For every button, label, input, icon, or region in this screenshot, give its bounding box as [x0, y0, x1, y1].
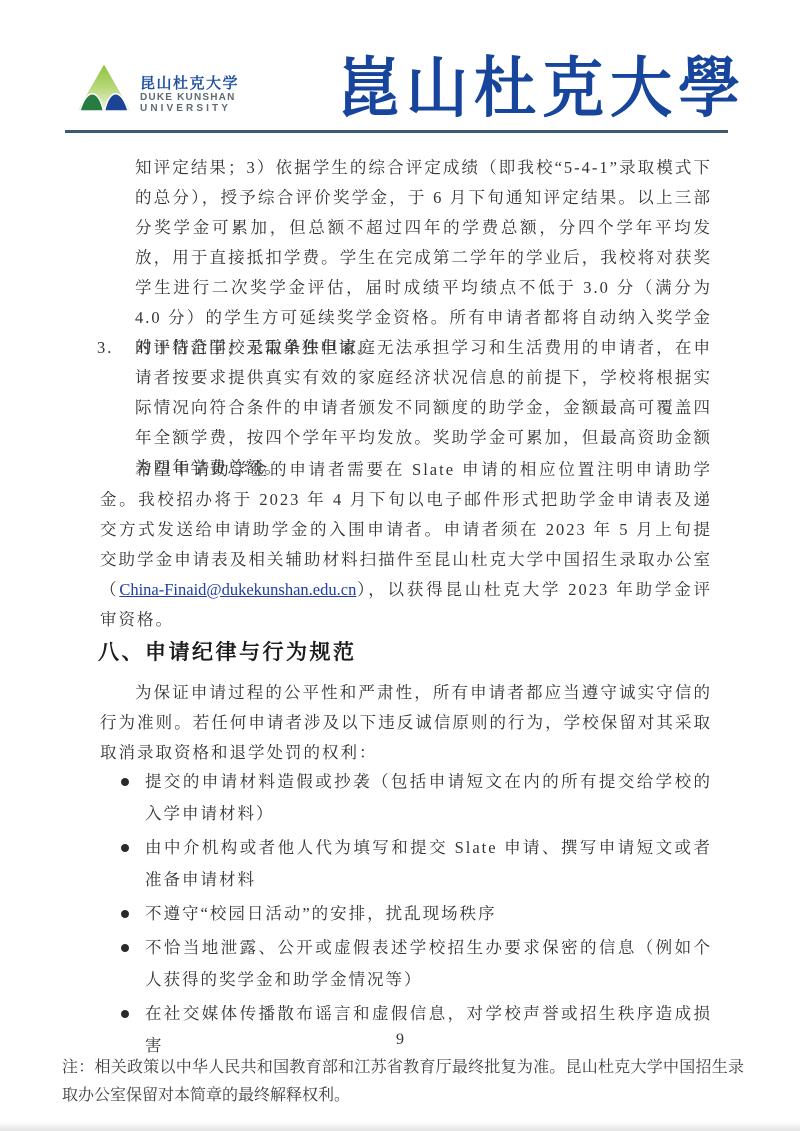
list-item: 由中介机构或者他人代为填写和提交 Slate 申请、撰写申请短文或者准备申请材料	[145, 832, 712, 896]
paragraph-finaid-application: 希望申请助学金的申请者需要在 Slate 申请的相应位置注明申请助学金。我校招办…	[100, 455, 712, 635]
header-divider	[65, 130, 728, 133]
document-page: 昆山杜克大学 DUKE KUNSHAN UNIVERSITY 崑山杜克大學 知评…	[0, 0, 800, 1131]
email-link[interactable]: China-Finaid@dukekunshan.edu.cn	[119, 580, 356, 599]
bullet-icon	[121, 944, 129, 952]
list-item: 不遵守“校园日活动”的安排，扰乱现场秩序	[145, 898, 712, 930]
list-number-3: 3.	[97, 333, 127, 363]
list-item-text: 不恰当地泄露、公开或虚假表述学校招生办要求保密的信息（例如个人获得的奖学金和助学…	[145, 938, 712, 989]
scan-edge-shading	[0, 1122, 800, 1131]
page-number: 9	[0, 1031, 800, 1049]
list-item: 提交的申请材料造假或抄袭（包括申请短文在内的所有提交给学校的入学申请材料）	[145, 766, 712, 830]
section-heading: 八、申请纪律与行为规范	[98, 637, 357, 667]
logo-en-line2: UNIVERSITY	[140, 103, 239, 114]
logo-text-block: 昆山杜克大学 DUKE KUNSHAN UNIVERSITY	[140, 60, 239, 114]
calligraphy-title: 崑山杜克大學	[338, 36, 746, 129]
list-item-text: 提交的申请材料造假或抄袭（包括申请短文在内的所有提交给学校的入学申请材料）	[145, 772, 712, 823]
paragraph-scholarship-continuation: 知评定结果；3）依据学生的综合评定成绩（即我校“5-4-1”录取模式下的总分），…	[135, 153, 712, 363]
list-item: 在社交媒体传播散布谣言和虚假信息，对学校声誉或招生秩序造成损害	[145, 998, 712, 1062]
logo-en-line1: DUKE KUNSHAN	[140, 92, 239, 103]
bullet-icon	[121, 1010, 129, 1018]
finaid-text-pre: 希望申请助学金的申请者需要在 Slate 申请的相应位置注明申请助学金。我校招办…	[100, 460, 712, 599]
mountain-logo-icon	[76, 60, 132, 116]
bullet-icon	[121, 844, 129, 852]
bullet-icon	[121, 910, 129, 918]
paragraph-section-intro: 为保证申请过程的公平性和严肃性，所有申请者都应当遵守诚实守信的行为准则。若任何申…	[100, 678, 712, 768]
logo-cn-text: 昆山杜克大学	[140, 75, 239, 92]
bullet-icon	[121, 778, 129, 786]
list-item-text: 不遵守“校园日活动”的安排，扰乱现场秩序	[145, 904, 497, 923]
violation-bullet-list: 提交的申请材料造假或抄袭（包括申请短文在内的所有提交给学校的入学申请材料） 由中…	[145, 766, 712, 1064]
university-logo: 昆山杜克大学 DUKE KUNSHAN UNIVERSITY	[76, 60, 239, 116]
list-item: 不恰当地泄露、公开或虚假表述学校招生办要求保密的信息（例如个人获得的奖学金和助学…	[145, 932, 712, 996]
list-item-text: 由中介机构或者他人代为填写和提交 Slate 申请、撰写申请短文或者准备申请材料	[145, 838, 712, 889]
footer-note: 注：相关政策以中华人民共和国教育部和江苏省教育厅最终批复为准。昆山杜克大学中国招…	[62, 1054, 744, 1110]
